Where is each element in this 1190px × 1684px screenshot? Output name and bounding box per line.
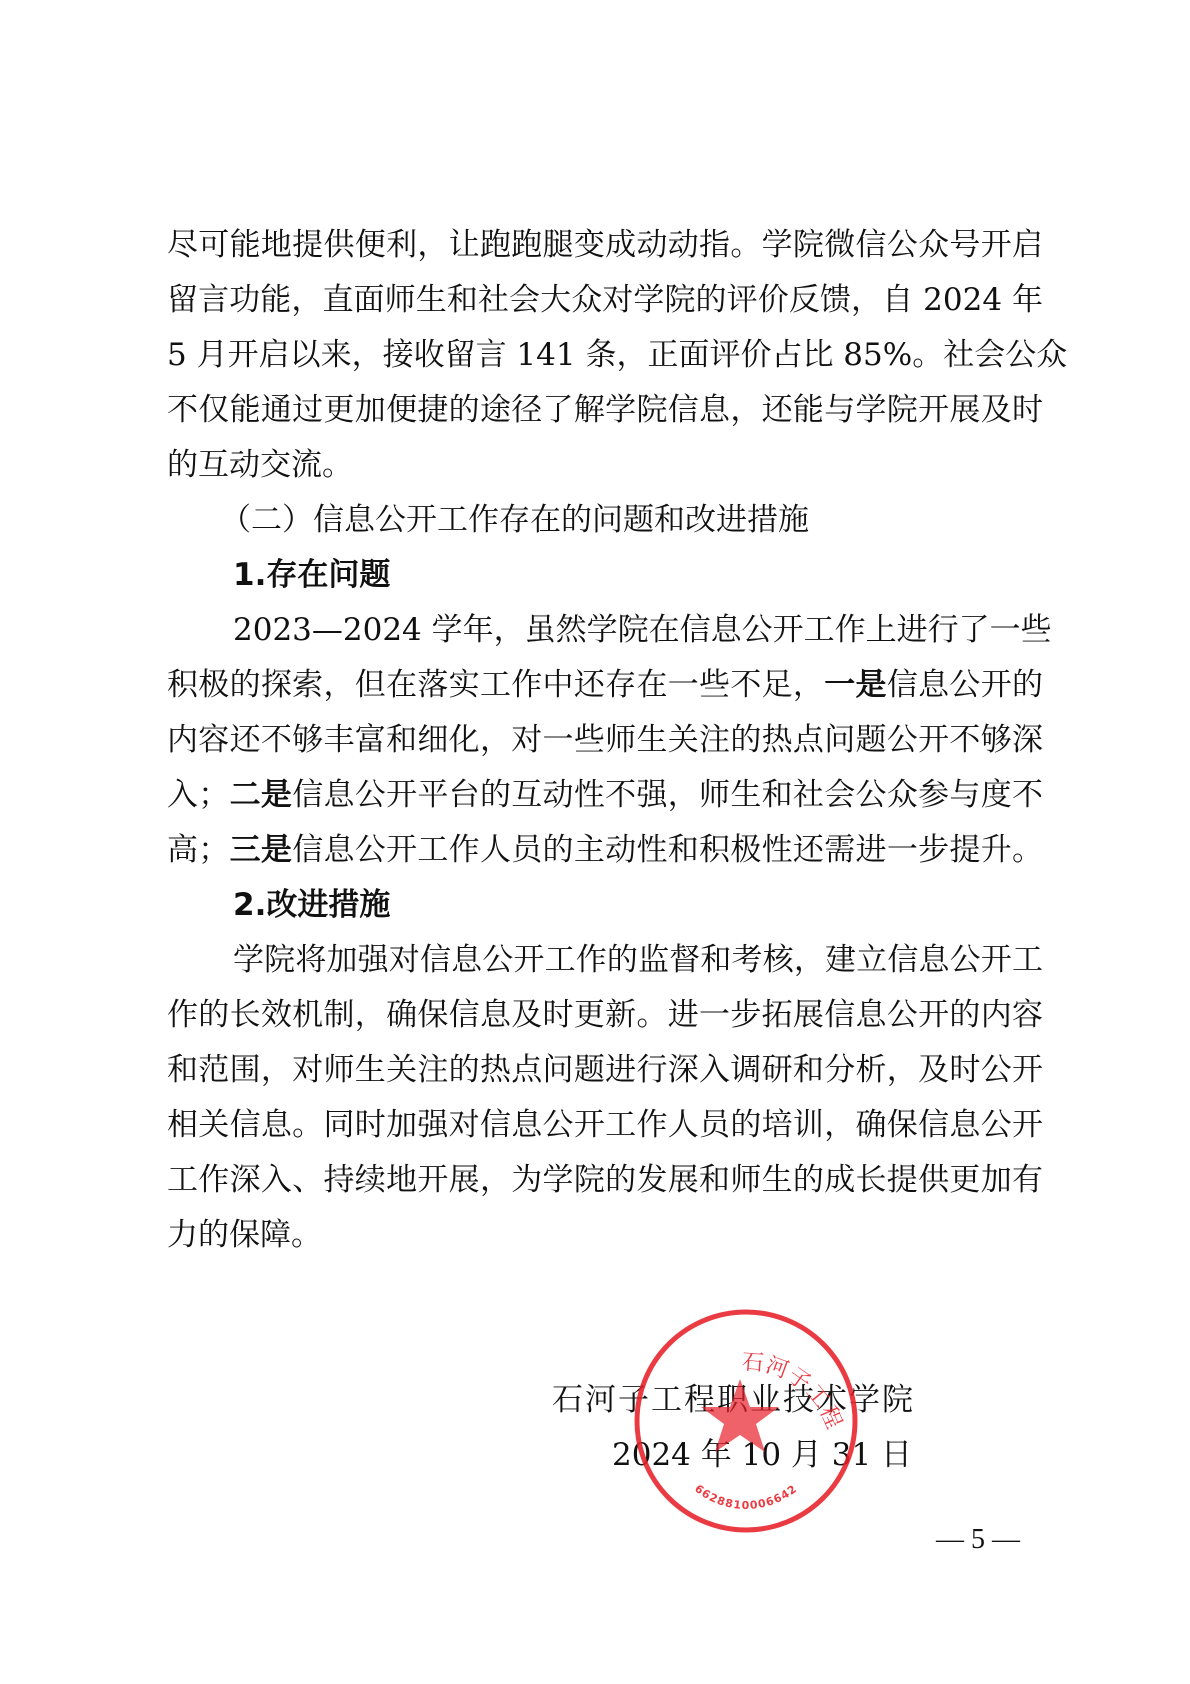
- svg-text:6628810006642: 6628810006642: [692, 1482, 800, 1512]
- official-seal-icon: 石河子工程职业技术学院 6628810006642: [632, 1307, 860, 1535]
- body-line: 留言功能，直面师生和社会大众对学院的评价反馈，自 2024 年: [167, 280, 1043, 320]
- body-line: 积极的探索，但在落实工作中还存在一些不足，一是信息公开的: [167, 665, 1043, 705]
- line-text: 高；: [167, 832, 229, 868]
- body-line: 学院将加强对信息公开工作的监督和考核，建立信息公开工: [233, 940, 1043, 980]
- page-number: — 5 —: [936, 1522, 1020, 1558]
- line-text: 内容还不够丰富和细化，对一些师生关注的热点问题公开不够深: [167, 722, 1043, 758]
- body-line: 力的保障。: [167, 1215, 1043, 1255]
- document-page: 尽可能地提供便利，让跑跑腿变成动动指。学院微信公众号开启 留言功能，直面师生和社…: [0, 0, 1190, 1684]
- body-line: 5 月开启以来，接收留言 141 条，正面评价占比 85%。社会公众: [167, 335, 1043, 375]
- body-line: 内容还不够丰富和细化，对一些师生关注的热点问题公开不够深: [167, 720, 1043, 760]
- body-line: 入；二是信息公开平台的互动性不强，师生和社会公众参与度不: [167, 775, 1043, 815]
- subsection-title: 2.改进措施: [233, 885, 1043, 925]
- body-line: 作的长效机制，确保信息及时更新。进一步拓展信息公开的内容: [167, 995, 1043, 1035]
- section-heading: （二）信息公开工作存在的问题和改进措施: [220, 500, 1030, 540]
- body-line: 和范围，对师生关注的热点问题进行深入调研和分析，及时公开: [167, 1050, 1043, 1090]
- body-line: 高；三是信息公开工作人员的主动性和积极性还需进一步提升。: [167, 830, 1043, 870]
- body-line: 尽可能地提供便利，让跑跑腿变成动动指。学院微信公众号开启: [167, 225, 1043, 265]
- line-text: 入；: [167, 777, 229, 813]
- line-text: 2023—2024 学年，虽然学院在信息公开工作上进行了一些: [233, 612, 1052, 648]
- line-text: 信息公开平台的互动性不强，师生和社会公众参与度不: [292, 777, 1043, 813]
- line-text: 信息公开工作人员的主动性和积极性还需进一步提升。: [292, 832, 1043, 868]
- body-line: 工作深入、持续地开展，为学院的发展和师生的成长提供更加有: [167, 1160, 1043, 1200]
- line-text: 积极的探索，但在落实工作中还存在一些不足，: [167, 667, 824, 703]
- seal-number: 6628810006642: [692, 1482, 800, 1512]
- body-line: 2023—2024 学年，虽然学院在信息公开工作上进行了一些: [233, 610, 1043, 650]
- subsection-title: 1.存在问题: [233, 555, 1043, 595]
- body-line: 相关信息。同时加强对信息公开工作人员的培训，确保信息公开: [167, 1105, 1043, 1145]
- signature-institution: 石河子工程职业技术学院: [552, 1380, 915, 1420]
- emphasis-third: 三是: [229, 832, 292, 868]
- body-line: 的互动交流。: [167, 445, 1043, 485]
- body-line: 不仅能通过更加便捷的途径了解学院信息，还能与学院开展及时: [167, 390, 1043, 430]
- emphasis-first: 一是: [824, 667, 887, 703]
- line-text: 信息公开的: [887, 667, 1043, 703]
- signature-date: 2024 年 10 月 31 日: [612, 1435, 912, 1475]
- emphasis-second: 二是: [229, 777, 292, 813]
